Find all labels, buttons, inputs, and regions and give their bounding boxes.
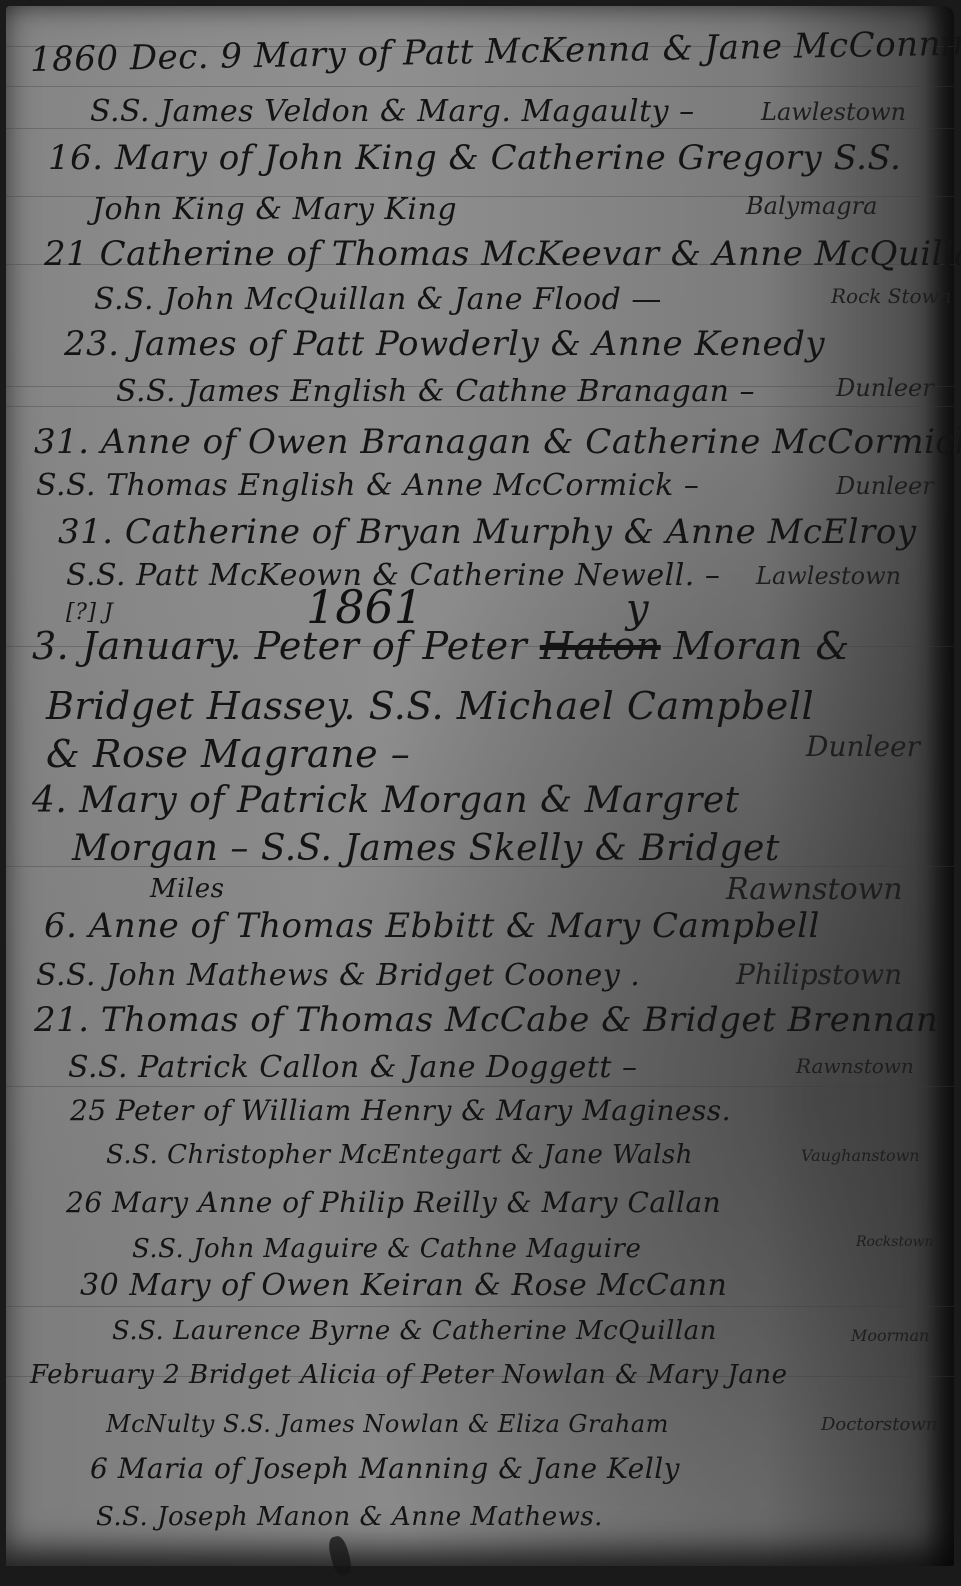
entry-line: Miles [150,874,224,904]
struck-out-word: Haton [540,624,661,668]
townland: Rock Stown [831,284,952,308]
sponsor-line: S.S. Joseph Manon & Anne Mathews. [96,1502,603,1532]
entry-text: 3. January. Peter of Peter [32,624,527,668]
entry-line: 16. Mary of John King & Catherine Gregor… [48,138,901,178]
entry-line: 6 Maria of Joseph Manning & Jane Kelly [90,1452,680,1485]
entry-text: Moran & [673,624,850,668]
entry-line: 31. Catherine of Bryan Murphy & Anne McE… [58,512,917,552]
entry-line: 26 Mary Anne of Philip Reilly & Mary Cal… [66,1186,721,1219]
entry-line: 25 Peter of William Henry & Mary Magines… [70,1094,731,1127]
townland: Lawlestown [761,98,906,126]
entry-line: Bridget Hassey. S.S. Michael Campbell [46,684,814,728]
townland: Philipstown [736,958,902,991]
sponsor-line: S.S. James Veldon & Marg. Magaulty – [90,94,695,129]
entry-line: 21. Thomas of Thomas McCabe & Bridget Br… [34,1000,938,1040]
townland: Dunleer [836,374,934,402]
townland: Doctorstown [821,1414,937,1435]
entry-line: 30 Mary of Owen Keiran & Rose McCann [80,1268,727,1303]
townland: Dunleer [836,472,934,500]
sponsor-line: S.S. John McQuillan & Jane Flood — [94,282,662,317]
entry-line: February 2 Bridget Alicia of Peter Nowla… [30,1360,788,1390]
townland: Dunleer [806,730,920,763]
townland: Moorman [851,1326,929,1345]
entry-line: & Rose Magrane – [46,732,410,776]
sponsor-line: S.S. Laurence Byrne & Catherine McQuilla… [112,1316,717,1346]
sponsor-line: S.S. Christopher McEntegart & Jane Walsh [106,1140,693,1170]
ink-blot [326,1534,354,1577]
entry-line: 31. Anne of Owen Branagan & Catherine Mc… [34,422,961,462]
sponsor-line: John King & Mary King [92,192,457,227]
ruled-line [6,1086,954,1087]
sponsor-line: S.S. John Maguire & Cathne Maguire [132,1234,641,1264]
sponsor-line: S.S. Thomas English & Anne McCormick – [36,468,699,503]
ruled-line [6,86,954,87]
entry-line: 4. Mary of Patrick Morgan & Margret [32,780,740,821]
year-heading-prefix: [?] J [66,600,113,625]
register-page: 1860 Dec. 9 Mary of Patt McKenna & Jane … [6,6,954,1566]
sponsor-line: S.S. Patrick Callon & Jane Doggett – [68,1050,637,1085]
ruled-line [6,1306,954,1307]
townland: Rockstown [856,1234,934,1250]
townland: Lawlestown [756,562,901,590]
sponsor-line: McNulty S.S. James Nowlan & Eliza Graham [106,1410,669,1438]
sponsor-line: S.S. John Mathews & Bridget Cooney . [36,958,640,993]
townland: Rawnstown [726,872,903,907]
entry-line: 21 Catherine of Thomas McKeevar & Anne M… [44,234,961,274]
sponsor-line: S.S. James English & Cathne Branagan – [116,374,755,409]
entry-line: 23. James of Patt Powderly & Anne Kenedy [64,324,825,364]
entry-line: 6. Anne of Thomas Ebbitt & Mary Campbell [44,906,820,946]
townland: Rawnstown [796,1054,914,1078]
townland: Vaughanstown [801,1146,920,1165]
entry-line: 3. January. Peter of Peter Haton Moran & [32,624,850,668]
entry-line: Morgan – S.S. James Skelly & Bridget [72,828,780,869]
entry-line: 1860 Dec. 9 Mary of Patt McKenna & Jane … [30,24,961,80]
townland: Balymagra [746,192,877,220]
